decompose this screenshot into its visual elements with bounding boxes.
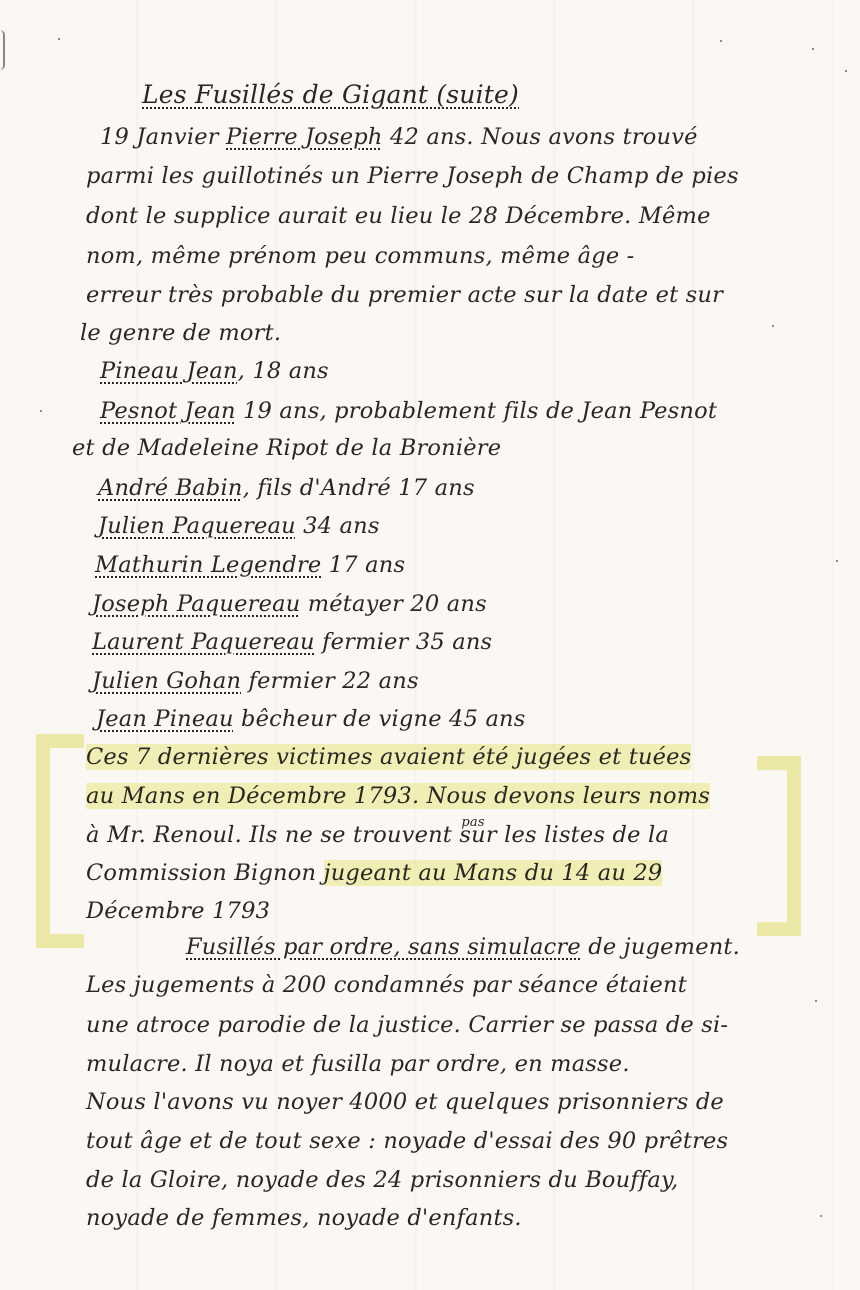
text-span: sur les listes de la [459, 822, 669, 848]
text-span: mulacre. Il noya et fusilla par ordre, e… [86, 1051, 630, 1077]
note-line: Décembre 1793 [86, 896, 270, 926]
highlighter-bracket-right [757, 756, 801, 936]
paragraph-1-line: le genre de mort. [80, 318, 281, 348]
text-span: dont le supplice aurait eu lieu le 28 Dé… [86, 203, 711, 229]
victim-detail: 34 ans [296, 513, 380, 539]
victim-name: Julien Paquereau [98, 513, 296, 539]
text-span: le genre de mort. [80, 320, 281, 346]
scanned-page: Les Fusillés de Gigant (suite) 19 Janvie… [0, 0, 860, 1290]
victim-detail: , 18 ans [238, 358, 329, 384]
text-span: 42 ans. Nous avons trouvé [383, 124, 698, 150]
section-heading-underlined: Fusillés par ordre, sans simulacre [186, 934, 581, 960]
victim-name: Pierre Joseph [226, 124, 383, 150]
victim-detail: , fils d'André 17 ans [243, 475, 475, 501]
victim-entry: Julien Paquereau 34 ans [98, 511, 380, 541]
text-span: Commission Bignon [86, 860, 324, 886]
paragraph-2-line: tout âge et de tout sexe : noyade d'essa… [86, 1126, 728, 1156]
paragraph-2-line: de la Gloire, noyade des 24 prisonniers … [86, 1165, 678, 1195]
victim-entry: Pineau Jean, 18 ans [100, 356, 329, 386]
paragraph-1-line: nom, même prénom peu communs, même âge - [86, 241, 634, 271]
victim-detail: fermier 22 ans [241, 668, 419, 694]
victim-entry: Joseph Paquereau métayer 20 ans [92, 589, 487, 619]
victim-entry: Julien Gohan fermier 22 ans [92, 666, 419, 696]
paragraph-2-line: Nous l'avons vu noyer 4000 et quelques p… [86, 1087, 724, 1117]
section-heading: Fusillés par ordre, sans simulacre de ju… [186, 932, 740, 962]
victim-entry: Jean Pineau bêcheur de vigne 45 ans [96, 704, 526, 734]
text-span: de la Gloire, noyade des 24 prisonniers … [86, 1167, 678, 1193]
highlighted-text: Ces 7 dernières victimes avaient été jug… [86, 744, 691, 770]
paragraph-1-line: parmi les guillotinés un Pierre Joseph d… [86, 161, 739, 191]
victim-detail: bêcheur de vigne 45 ans [234, 706, 526, 732]
paragraph-2-line: noyade de femmes, noyade d'enfants. [86, 1203, 522, 1233]
paragraph-2-line: mulacre. Il noya et fusilla par ordre, e… [86, 1049, 630, 1079]
text-span: Les jugements à 200 condamnés par séance… [86, 972, 687, 998]
victim-name: Julien Gohan [92, 668, 241, 694]
scan-speckle [845, 70, 847, 72]
victim-entry: Laurent Paquereau fermier 35 ans [92, 627, 492, 657]
highlighted-note-line: au Mans en Décembre 1793. Nous devons le… [86, 781, 710, 811]
page-title: Les Fusillés de Gigant (suite) [142, 80, 519, 110]
section-heading-rest: de jugement. [581, 934, 740, 960]
text-span: Nous l'avons vu noyer 4000 et quelques p… [86, 1089, 724, 1115]
victim-name: Pineau Jean [100, 358, 238, 384]
victim-name: Joseph Paquereau [92, 591, 300, 617]
scan-speckle [40, 410, 42, 412]
victim-entry: Mathurin Legendre 17 ans [95, 550, 405, 580]
victim-detail: 17 ans [321, 552, 405, 578]
paragraph-1-line: 19 Janvier Pierre Joseph 42 ans. Nous av… [100, 122, 698, 152]
page-title-text: Les Fusillés de Gigant (suite) [142, 80, 519, 109]
victim-entry: Pesnot Jean 19 ans, probablement fils de… [100, 396, 717, 426]
victim-detail: et de Madeleine Ripot de la Bronière [72, 435, 501, 461]
scan-speckle [836, 560, 838, 562]
scan-speckle [772, 325, 774, 327]
victim-name: Pesnot Jean [100, 398, 236, 424]
paragraph-1-line: dont le supplice aurait eu lieu le 28 Dé… [86, 201, 711, 231]
victim-detail: métayer 20 ans [300, 591, 486, 617]
victim-detail: fermier 35 ans [315, 629, 493, 655]
note-line: à Mr. Renoul. Ils ne se trouvent passur … [86, 820, 669, 850]
paragraph-2-line: une atroce parodie de la justice. Carrie… [86, 1010, 728, 1040]
paragraph-2-line: Les jugements à 200 condamnés par séance… [86, 970, 687, 1000]
paragraph-1-line: erreur très probable du premier acte sur… [86, 280, 723, 310]
text-span: nom, même prénom peu communs, même âge - [86, 243, 634, 269]
highlighted-text: au Mans en Décembre 1793. Nous devons le… [86, 783, 710, 809]
text-span: une atroce parodie de la justice. Carrie… [86, 1012, 728, 1038]
victim-name: Mathurin Legendre [95, 552, 321, 578]
victim-detail: 19 ans, probablement fils de Jean Pesnot [236, 398, 717, 424]
highlighted-text: jugeant au Mans du 14 au 29 [324, 860, 663, 886]
scan-speckle [812, 48, 814, 50]
text-span: Décembre 1793 [86, 898, 270, 924]
victim-name: Jean Pineau [96, 706, 234, 732]
text-span: parmi les guillotinés un Pierre Joseph d… [86, 163, 739, 189]
scan-speckle [815, 1000, 817, 1002]
highlighter-bracket-left [36, 734, 84, 948]
inserted-word: pas [461, 808, 484, 838]
victim-entry: André Babin, fils d'André 17 ans [98, 473, 475, 503]
scan-speckle [720, 40, 722, 42]
page-edge-mark [0, 30, 5, 70]
scan-speckle [820, 1215, 822, 1217]
scan-speckle [58, 38, 60, 40]
text-span: erreur très probable du premier acte sur… [86, 282, 723, 308]
text-span: à Mr. Renoul. Ils ne se trouvent [86, 822, 459, 848]
note-line: Commission Bignon jugeant au Mans du 14 … [86, 858, 662, 888]
text-span: noyade de femmes, noyade d'enfants. [86, 1205, 522, 1231]
victim-entry-continued: et de Madeleine Ripot de la Bronière [72, 433, 501, 463]
text-span: 19 Janvier [100, 124, 226, 150]
victim-name: Laurent Paquereau [92, 629, 315, 655]
highlighted-note-line: Ces 7 dernières victimes avaient été jug… [86, 742, 691, 772]
text-span: tout âge et de tout sexe : noyade d'essa… [86, 1128, 728, 1154]
victim-name: André Babin [98, 475, 243, 501]
